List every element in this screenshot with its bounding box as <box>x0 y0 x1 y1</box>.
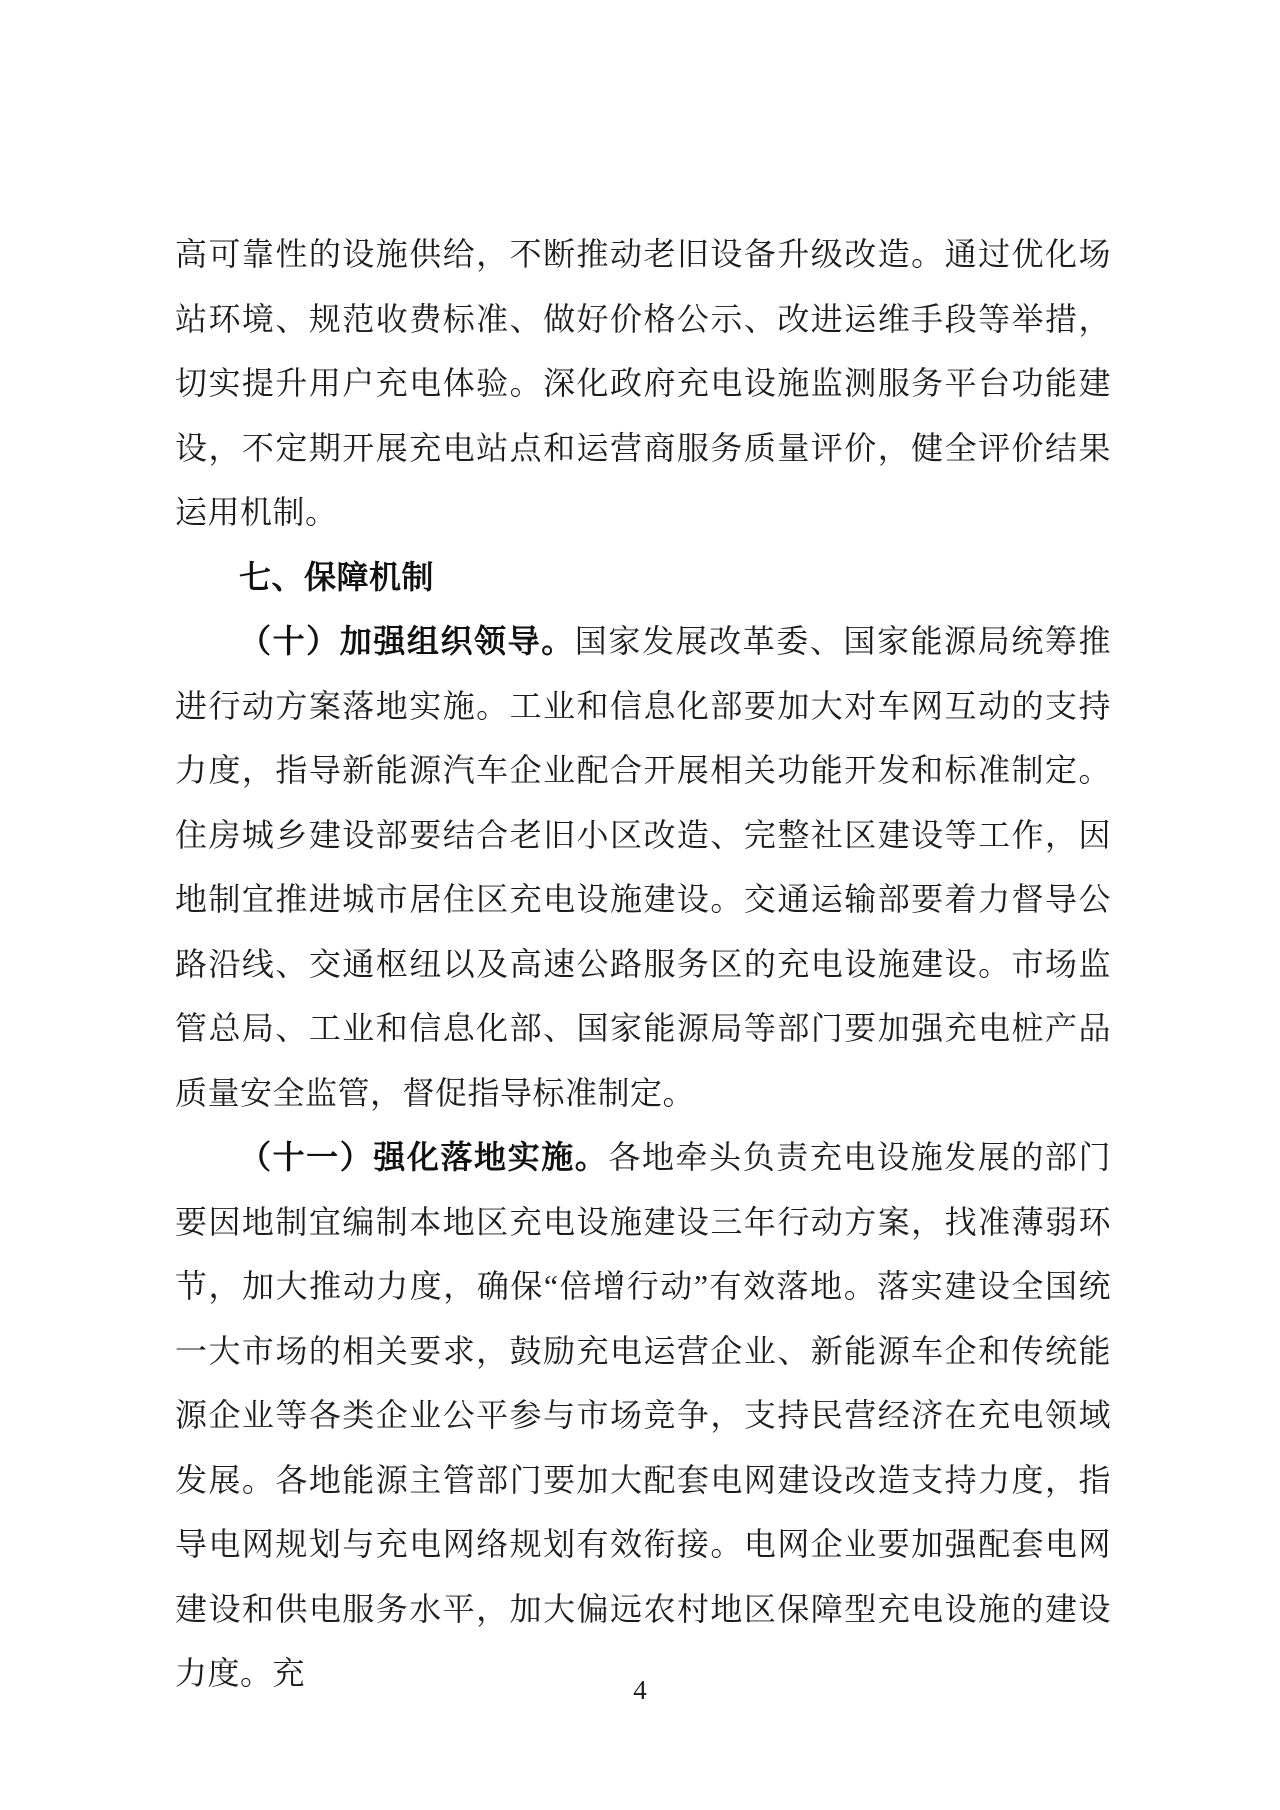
clause-label: （十一）强化落地实施。 <box>239 1139 608 1175</box>
clause-text: 国家发展改革委、国家能源局统筹推进行动方案落地实施。工业和信息化部要加大对车网互… <box>175 623 1111 1111</box>
paragraph-continuation: 高可靠性的设施供给，不断推动老旧设备升级改造。通过优化场站环境、规范收费标准、做… <box>175 222 1111 545</box>
page-footer: 4 <box>0 1672 1280 1708</box>
document-page: 高可靠性的设施供给，不断推动老旧设备升级改造。通过优化场站环境、规范收费标准、做… <box>0 0 1280 1810</box>
clause-paragraph: （十一）强化落地实施。各地牵头负责充电设施发展的部门要因地制宜编制本地区充电设施… <box>175 1125 1111 1706</box>
clause-label: （十）加强组织领导。 <box>239 623 575 659</box>
clause-paragraph: （十）加强组织领导。国家发展改革委、国家能源局统筹推进行动方案落地实施。工业和信… <box>175 609 1111 1125</box>
page-number: 4 <box>633 1675 647 1705</box>
clause-text: 各地牵头负责充电设施发展的部门要因地制宜编制本地区充电设施建设三年行动方案，找准… <box>175 1139 1111 1691</box>
document-text-block: 高可靠性的设施供给，不断推动老旧设备升级改造。通过优化场站环境、规范收费标准、做… <box>175 222 1111 1706</box>
section-heading: 七、保障机制 <box>175 545 1111 610</box>
